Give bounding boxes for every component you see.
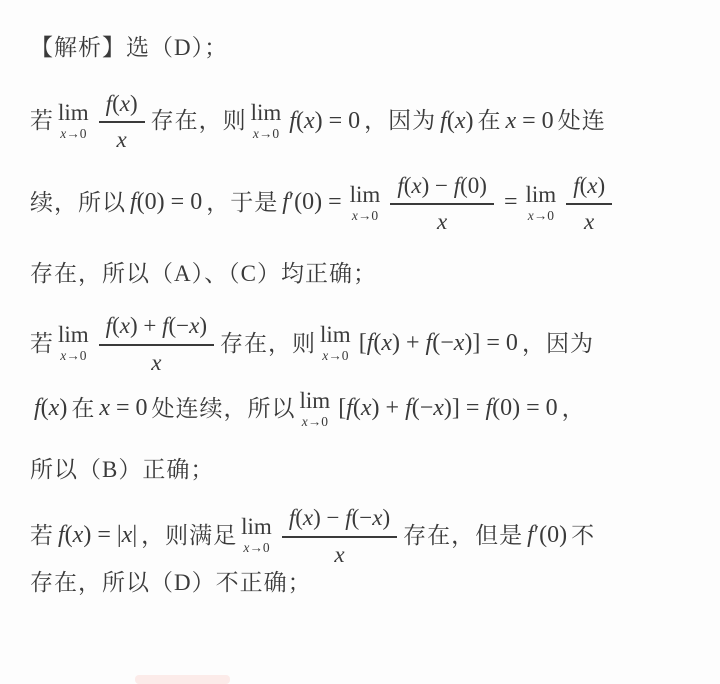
lim-subscript: x→0 [243, 541, 269, 555]
lim-subscript: x→0 [322, 349, 348, 363]
lim-subscript: x→0 [253, 127, 279, 141]
limit-operator: limx→0 [58, 323, 89, 363]
fraction-numerator: f(x) [99, 89, 145, 123]
lim-label: lim [300, 389, 331, 412]
math-expr: x = 0 [99, 392, 147, 424]
limit-operator: limx→0 [320, 323, 351, 363]
cn-text: ， [562, 393, 586, 424]
math-expr: x = 0 [505, 105, 553, 137]
fraction-denominator: x [151, 346, 161, 375]
solution-line: 续，所以f(0) = 0，于是f′(0) =limx→0f(x) − f(0)x… [30, 171, 710, 235]
lim-subscript: x→0 [60, 127, 86, 141]
fraction: f(x) + f(−x)x [99, 311, 214, 375]
fraction-numerator: f(x) + f(−x) [99, 311, 214, 345]
math-expr: [f(x) + f(−x)] = 0 [359, 327, 518, 359]
fraction-numerator: f(x) − f(0) [390, 171, 494, 205]
cn-text: 所以（B）正确； [30, 454, 214, 485]
fraction-denominator: x [334, 538, 344, 567]
cn-text: 处连 [558, 105, 606, 136]
lim-label: lim [58, 101, 89, 124]
cn-text: 处连续，所以 [152, 393, 296, 424]
fraction: f(x) − f(−x)x [282, 503, 397, 567]
math-expr: = [504, 186, 518, 218]
lim-label: lim [251, 101, 282, 124]
document-body: 【解析】选（D）；若limx→0f(x)x存在，则limx→0f(x) = 0，… [0, 0, 720, 684]
solution-line: 所以（B）正确； [30, 454, 710, 485]
math-expr: f(x) = |x| [58, 519, 137, 551]
limit-operator: limx→0 [350, 183, 381, 223]
lim-label: lim [58, 323, 89, 346]
limit-operator: limx→0 [58, 101, 89, 141]
solution-line: 若limx→0f(x)x存在，则limx→0f(x) = 0，因为f(x)在x … [30, 89, 710, 153]
fraction-denominator: x [437, 205, 447, 234]
solution-line: f(x)在x = 0处连续，所以limx→0[f(x) + f(−x)] = f… [30, 389, 710, 429]
fraction-numerator: f(x) [566, 171, 612, 205]
cn-text: 存在，所以（A）、（C）均正确； [30, 258, 377, 289]
cn-text: 续，所以 [30, 187, 126, 218]
limit-operator: limx→0 [251, 101, 282, 141]
limit-operator: limx→0 [300, 389, 331, 429]
cn-text: 在 [477, 105, 501, 136]
fraction: f(x) − f(0)x [390, 171, 494, 235]
cn-text: ，于是 [206, 187, 278, 218]
lim-label: lim [350, 183, 381, 206]
cn-text: 若 [30, 520, 54, 551]
math-expr: f(x) [34, 392, 67, 424]
solution-line: 若f(x) = |x|，则满足limx→0f(x) − f(−x)x存在，但是f… [30, 503, 710, 567]
fraction-denominator: x [584, 205, 594, 234]
lim-label: lim [241, 515, 272, 538]
cn-text: 存在，则 [151, 105, 247, 136]
math-expr: f(x) [440, 105, 473, 137]
cn-text: 存在，所以（D）不正确； [30, 567, 312, 598]
red-mark [135, 675, 230, 684]
cn-text: 在 [71, 393, 95, 424]
lim-subscript: x→0 [352, 209, 378, 223]
lim-label: lim [320, 323, 351, 346]
solution-line: 存在，所以（A）、（C）均正确； [30, 258, 710, 289]
cn-text: ，因为 [364, 105, 436, 136]
lim-subscript: x→0 [60, 349, 86, 363]
cn-text: 存在，则 [220, 328, 316, 359]
fraction: f(x)x [566, 171, 612, 235]
fraction: f(x)x [99, 89, 145, 153]
limit-operator: limx→0 [526, 183, 557, 223]
lim-label: lim [526, 183, 557, 206]
math-expr: f(x) = 0 [289, 105, 360, 137]
fraction-numerator: f(x) − f(−x) [282, 503, 397, 537]
fraction-denominator: x [117, 123, 127, 152]
cn-text: 若 [30, 328, 54, 359]
cn-text: 存在，但是 [403, 520, 523, 551]
cn-text: 不 [571, 520, 595, 551]
math-expr: f′(0) [527, 519, 567, 551]
solution-heading: 【解析】选（D）； [30, 32, 710, 63]
limit-operator: limx→0 [241, 515, 272, 555]
math-expr: [f(x) + f(−x)] = f(0) = 0 [338, 392, 557, 424]
lim-subscript: x→0 [528, 209, 554, 223]
math-expr: f′(0) = [282, 186, 341, 218]
cn-text: 【解析】选（D）； [30, 32, 228, 63]
solution-line: 若limx→0f(x) + f(−x)x存在，则limx→0[f(x) + f(… [30, 311, 710, 375]
cn-text: ，因为 [522, 328, 594, 359]
cn-text: 若 [30, 105, 54, 136]
cn-text: ，则满足 [141, 520, 237, 551]
math-expr: f(0) = 0 [130, 186, 202, 218]
solution-line: 存在，所以（D）不正确； [30, 567, 710, 598]
lim-subscript: x→0 [302, 415, 328, 429]
